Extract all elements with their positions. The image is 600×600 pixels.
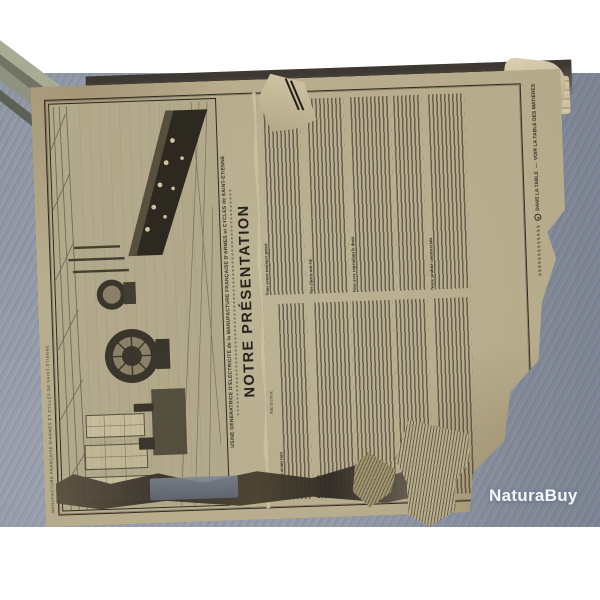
- illegible-text-lines: [278, 303, 313, 499]
- body-paragraph: Nos clients ont été: [302, 97, 350, 294]
- body-text-columns: Ami lecteur, Nous sommes avant toutIl y …: [258, 87, 531, 504]
- factory-engraving: [48, 98, 230, 512]
- illegible-text-lines: [350, 96, 397, 293]
- footer-illegible-text: [537, 224, 542, 276]
- medallion-icon: [534, 214, 541, 221]
- body-paragraph: [392, 95, 427, 291]
- illegible-text-lines: [428, 93, 471, 290]
- page-footer: DANS LA TABLE — VOIR LA TABLE DES MATIÈR…: [530, 84, 544, 276]
- body-paragraph: Notre probité commerciale: [423, 93, 471, 290]
- illegible-text-lines: [307, 97, 350, 294]
- footer-separator: —: [533, 163, 539, 168]
- body-paragraph: Vous avez cependant le droit: [345, 96, 397, 293]
- old-tape-piece: [150, 475, 239, 500]
- factory-engraving-svg: [49, 101, 223, 510]
- footer-table-des-matieres: VOIR LA TABLE DES MATIÈRES: [530, 84, 539, 160]
- naturabuy-watermark: NaturaBuy: [489, 486, 578, 506]
- body-paragraph: Nous sommes avant tout: [273, 303, 313, 500]
- footer-pre-text: DANS LA TABLE: [533, 171, 540, 211]
- white-band-bottom: [0, 527, 600, 600]
- product-photo: MANUFACTURE FRANÇAISE D'ARMES ET CYCLES …: [0, 0, 600, 600]
- illegible-text-lines: [392, 95, 427, 291]
